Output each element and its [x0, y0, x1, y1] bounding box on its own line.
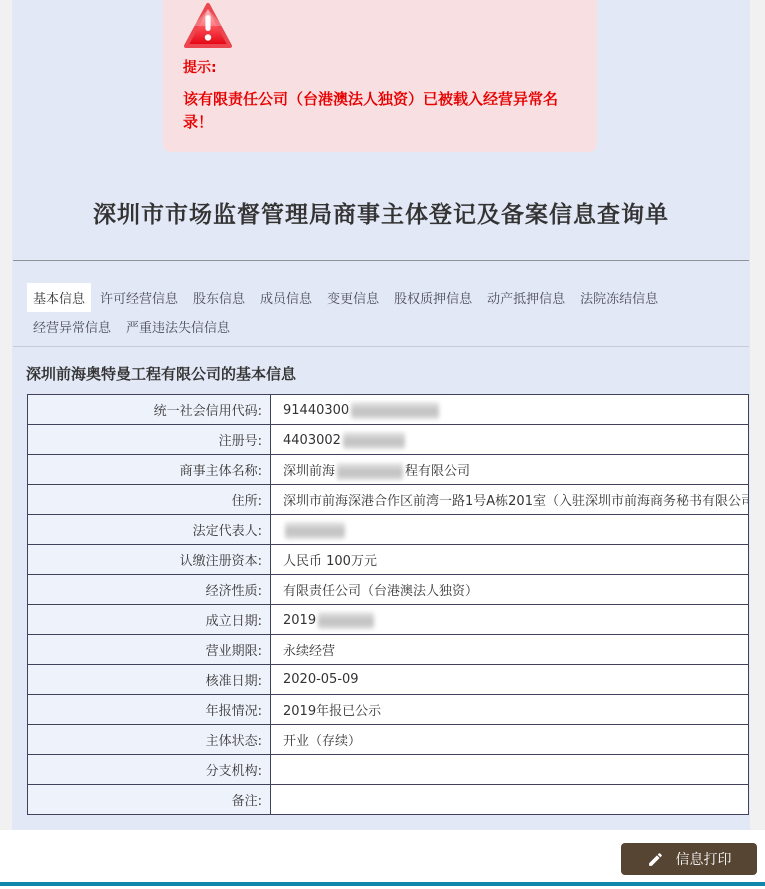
tab-label: 成员信息 — [260, 292, 312, 307]
table-row: 注册号: 4403002 — [28, 425, 749, 455]
tab-item-8[interactable]: 经营异常信息 — [27, 312, 117, 341]
redacted-value — [343, 432, 405, 449]
tab-label: 动产抵押信息 — [487, 292, 565, 307]
table-row: 备注: — [28, 785, 749, 815]
table-row: 成立日期: 2019 — [28, 605, 749, 635]
row-value — [271, 515, 749, 545]
footer: 信息打印 — [0, 830, 765, 889]
row-label: 年报情况: — [28, 695, 271, 725]
row-label: 注册号: — [28, 425, 271, 455]
tab-item-5[interactable]: 股权质押信息 — [388, 283, 478, 312]
table-row: 认缴注册资本: 人民币 100万元 — [28, 545, 749, 575]
row-label: 成立日期: — [28, 605, 271, 635]
title-divider — [13, 260, 749, 261]
value-prefix: 永续经营 — [283, 644, 335, 659]
value-suffix: 程有限公司 — [405, 464, 470, 479]
row-label: 分支机构: — [28, 755, 271, 785]
tab-label: 许可经营信息 — [100, 292, 178, 307]
tab-label: 变更信息 — [327, 292, 379, 307]
row-label: 商事主体名称: — [28, 455, 271, 485]
tab-label: 严重违法失信信息 — [126, 321, 230, 336]
value-prefix: 深圳前海 — [283, 464, 335, 479]
table-row: 统一社会信用代码: 91440300 — [28, 395, 749, 425]
table-row: 住所: 深圳市前海深港合作区前湾一路1号A栋201室（入驻深圳市前海商务秘书有限… — [28, 485, 749, 515]
abnormal-operation-alert: 提示: 该有限责任公司（台港澳法人独资）已被载入经营异常名录！ — [163, 0, 597, 152]
redacted-value — [351, 402, 439, 419]
page-title: 深圳市市场监督管理局商事主体登记及备案信息查询单 — [12, 196, 750, 229]
row-label: 备注: — [28, 785, 271, 815]
row-value — [271, 785, 749, 815]
row-label: 法定代表人: — [28, 515, 271, 545]
alert-label: 提示: — [183, 57, 577, 77]
row-value: 2020-05-09 — [271, 665, 749, 695]
tab-label: 基本信息 — [33, 292, 85, 307]
tabs-divider — [13, 346, 749, 347]
tab-item-3[interactable]: 成员信息 — [254, 283, 318, 312]
row-value: 有限责任公司（台港澳法人独资） — [271, 575, 749, 605]
tab-item-2[interactable]: 股东信息 — [187, 283, 251, 312]
warning-triangle-icon — [183, 2, 233, 50]
table-row: 法定代表人: — [28, 515, 749, 545]
row-label: 认缴注册资本: — [28, 545, 271, 575]
page-background: 提示: 该有限责任公司（台港澳法人独资）已被载入经营异常名录！ 深圳市市场监督管… — [0, 0, 765, 830]
value-prefix: 有限责任公司（台港澳法人独资） — [283, 584, 478, 599]
row-value: 91440300 — [271, 395, 749, 425]
content-area: 提示: 该有限责任公司（台港澳法人独资）已被载入经营异常名录！ 深圳市市场监督管… — [12, 0, 750, 830]
tab-label: 经营异常信息 — [33, 321, 111, 336]
tab-item-7[interactable]: 法院冻结信息 — [574, 283, 664, 312]
table-row: 年报情况: 2019年报已公示 — [28, 695, 749, 725]
tab-item-1[interactable]: 许可经营信息 — [94, 283, 184, 312]
row-value: 深圳市前海深港合作区前湾一路1号A栋201室（入驻深圳市前海商务秘书有限公司） — [271, 485, 749, 515]
row-label: 主体状态: — [28, 725, 271, 755]
row-value: 深圳前海程有限公司 — [271, 455, 749, 485]
row-value — [271, 755, 749, 785]
tab-item-4[interactable]: 变更信息 — [321, 283, 385, 312]
row-value: 2019年报已公示 — [271, 695, 749, 725]
tab-item-6[interactable]: 动产抵押信息 — [481, 283, 571, 312]
value-prefix: 开业（存续） — [283, 734, 361, 749]
value-prefix: 深圳市前海深港合作区前湾一路1号A栋201室（入驻深圳市前海商务秘书有限公司） — [283, 494, 749, 509]
table-row: 经济性质: 有限责任公司（台港澳法人独资） — [28, 575, 749, 605]
tab-bar: 基本信息许可经营信息股东信息成员信息变更信息股权质押信息动产抵押信息法院冻结信息… — [12, 283, 750, 341]
row-label: 营业期限: — [28, 635, 271, 665]
table-row: 营业期限: 永续经营 — [28, 635, 749, 665]
print-button-label: 信息打印 — [676, 849, 732, 869]
table-row: 主体状态: 开业（存续） — [28, 725, 749, 755]
value-prefix: 人民币 100万元 — [283, 554, 377, 569]
table-row: 核准日期: 2020-05-09 — [28, 665, 749, 695]
tab-label: 股权质押信息 — [394, 292, 472, 307]
tab-item-9[interactable]: 严重违法失信信息 — [120, 312, 236, 341]
row-label: 统一社会信用代码: — [28, 395, 271, 425]
redacted-value — [318, 612, 374, 629]
row-label: 经济性质: — [28, 575, 271, 605]
redacted-value — [285, 522, 345, 539]
value-prefix: 2020-05-09 — [283, 672, 359, 687]
value-prefix: 2019年报已公示 — [283, 704, 381, 719]
value-prefix: 4403002 — [283, 433, 341, 448]
alert-message: 该有限责任公司（台港澳法人独资）已被载入经营异常名录！ — [183, 88, 577, 134]
row-value: 开业（存续） — [271, 725, 749, 755]
row-value: 人民币 100万元 — [271, 545, 749, 575]
tab-basic-info[interactable]: 基本信息 — [27, 283, 91, 312]
tab-label: 股东信息 — [193, 292, 245, 307]
row-value: 永续经营 — [271, 635, 749, 665]
tab-label: 法院冻结信息 — [580, 292, 658, 307]
row-value: 2019 — [271, 605, 749, 635]
row-label: 住所: — [28, 485, 271, 515]
basic-info-table: 统一社会信用代码: 91440300 注册号: 4403002 商事主体名称: … — [27, 394, 749, 815]
row-label: 核准日期: — [28, 665, 271, 695]
pencil-icon — [647, 851, 664, 868]
bottom-accent-bar — [0, 882, 765, 886]
row-value: 4403002 — [271, 425, 749, 455]
print-button[interactable]: 信息打印 — [621, 843, 757, 875]
table-row: 商事主体名称: 深圳前海程有限公司 — [28, 455, 749, 485]
value-prefix: 91440300 — [283, 403, 349, 418]
table-row: 分支机构: — [28, 755, 749, 785]
redacted-value — [337, 463, 403, 480]
section-title: 深圳前海奥特曼工程有限公司的基本信息 — [26, 363, 750, 384]
value-prefix: 2019 — [283, 613, 316, 628]
